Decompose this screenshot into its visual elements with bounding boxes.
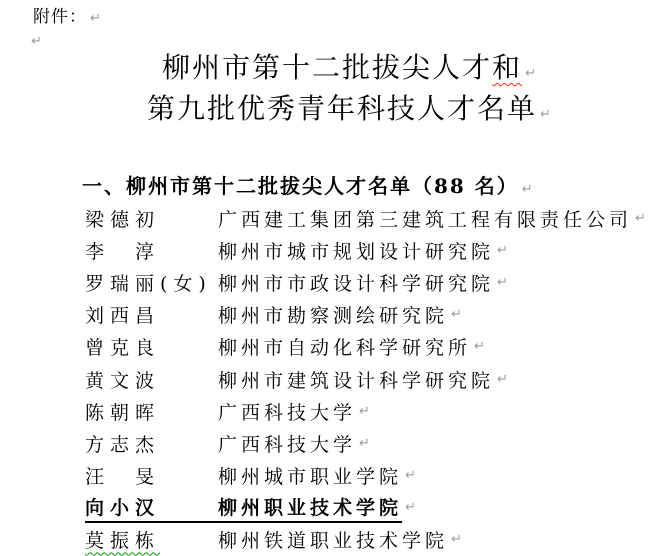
paragraph-mark-icon: ↵ xyxy=(90,11,101,26)
paragraph-mark-icon: ↵ xyxy=(525,56,536,91)
paragraph-mark-icon: ↵ xyxy=(474,339,485,354)
paragraph-mark-icon: ↵ xyxy=(522,182,533,197)
person-name: 刘西昌 xyxy=(85,301,218,328)
paragraph-mark-icon: ↵ xyxy=(497,243,508,258)
list-row: 梁德初广西建工集团第三建筑工程有限责任公司↵ xyxy=(85,202,645,234)
organization-name: 广西科技大学 xyxy=(218,398,356,425)
list-row: 黄文波柳州市建筑设计科学研究院↵ xyxy=(85,363,645,395)
empty-line: ↵ xyxy=(28,30,42,49)
organization-name: 广西科技大学 xyxy=(218,430,356,457)
document-title-line1: 柳州市第十二批拔尖人才和↵ xyxy=(45,50,653,91)
section-heading: 一、柳州市第十二批拔尖人才名单（88 名）↵ xyxy=(82,170,533,199)
organization-name: 柳州市市政设计科学研究院 xyxy=(218,269,494,296)
paragraph-mark-icon: ↵ xyxy=(405,468,416,483)
list-row: 陈朝晖广西科技大学↵ xyxy=(85,395,645,427)
list-row-emphasized: 向小汉柳州职业技术学院↵ xyxy=(85,492,645,524)
organization-name: 柳州市勘察测绘研究院 xyxy=(218,301,448,328)
organization-name: 柳州职业技术学院 xyxy=(218,493,402,520)
person-name: 汪 旻 xyxy=(85,462,218,489)
list-row: 罗瑞丽(女)柳州市市政设计科学研究院↵ xyxy=(85,266,645,298)
paragraph-mark-icon: ↵ xyxy=(31,34,42,49)
paragraph-mark-icon: ↵ xyxy=(635,211,646,226)
paragraph-mark-icon: ↵ xyxy=(451,532,462,547)
paragraph-mark-icon: ↵ xyxy=(451,307,462,322)
list-row: 汪 旻柳州城市职业学院↵ xyxy=(85,460,645,492)
person-name: 向小汉 xyxy=(85,493,218,520)
paragraph-mark-icon: ↵ xyxy=(359,404,370,419)
paragraph-mark-icon: ↵ xyxy=(540,97,551,132)
person-name: 李 淳 xyxy=(85,237,218,264)
paragraph-mark-icon: ↵ xyxy=(497,372,508,387)
person-name: 方志杰 xyxy=(85,430,218,457)
paragraph-mark-icon: ↵ xyxy=(405,500,416,515)
document-title: 柳州市第十二批拔尖人才和↵ 第九批优秀青年科技人才名单↵ xyxy=(45,50,653,132)
organization-name: 柳州市建筑设计科学研究院 xyxy=(218,366,494,393)
talent-list: 梁德初广西建工集团第三建筑工程有限责任公司↵ 李 淳柳州市城市规划设计研究院↵ … xyxy=(85,202,645,556)
organization-name: 广西建工集团第三建筑工程有限责任公司 xyxy=(218,205,632,232)
attachment-label: 附件：↵ xyxy=(33,2,101,27)
person-name: 梁德初 xyxy=(85,205,218,232)
paragraph-mark-icon: ↵ xyxy=(497,275,508,290)
person-name: 曾克良 xyxy=(85,333,218,360)
person-name-grammar-marked: 莫振栋 xyxy=(85,526,218,553)
person-name: 陈朝晖 xyxy=(85,398,218,425)
list-row: 李 淳柳州市城市规划设计研究院↵ xyxy=(85,234,645,266)
person-name: 黄文波 xyxy=(85,366,218,393)
attachment-label-text: 附件： xyxy=(33,7,87,27)
organization-name: 柳州城市职业学院 xyxy=(218,462,402,489)
document-title-line2: 第九批优秀青年科技人才名单↵ xyxy=(45,91,653,132)
organization-name: 柳州市自动化科学研究所 xyxy=(218,333,471,360)
title-line1-text: 柳州市第十二批拔尖人才 xyxy=(162,51,492,84)
spellcheck-marked-word: 和 xyxy=(492,51,522,84)
organization-name: 柳州铁道职业技术学院 xyxy=(218,526,448,553)
person-name: 罗瑞丽(女) xyxy=(85,269,218,296)
organization-name: 柳州市城市规划设计研究院 xyxy=(218,237,494,264)
title-line2-text: 第九批优秀青年科技人才名单 xyxy=(147,92,537,125)
section-heading-text: 一、柳州市第十二批拔尖人才名单（88 名） xyxy=(82,174,519,198)
list-row: 方志杰广西科技大学↵ xyxy=(85,427,645,459)
list-row: 刘西昌柳州市勘察测绘研究院↵ xyxy=(85,299,645,331)
list-row: 曾克良柳州市自动化科学研究所↵ xyxy=(85,331,645,363)
paragraph-mark-icon: ↵ xyxy=(359,436,370,451)
list-row: 莫振栋柳州铁道职业技术学院↵ xyxy=(85,524,645,556)
